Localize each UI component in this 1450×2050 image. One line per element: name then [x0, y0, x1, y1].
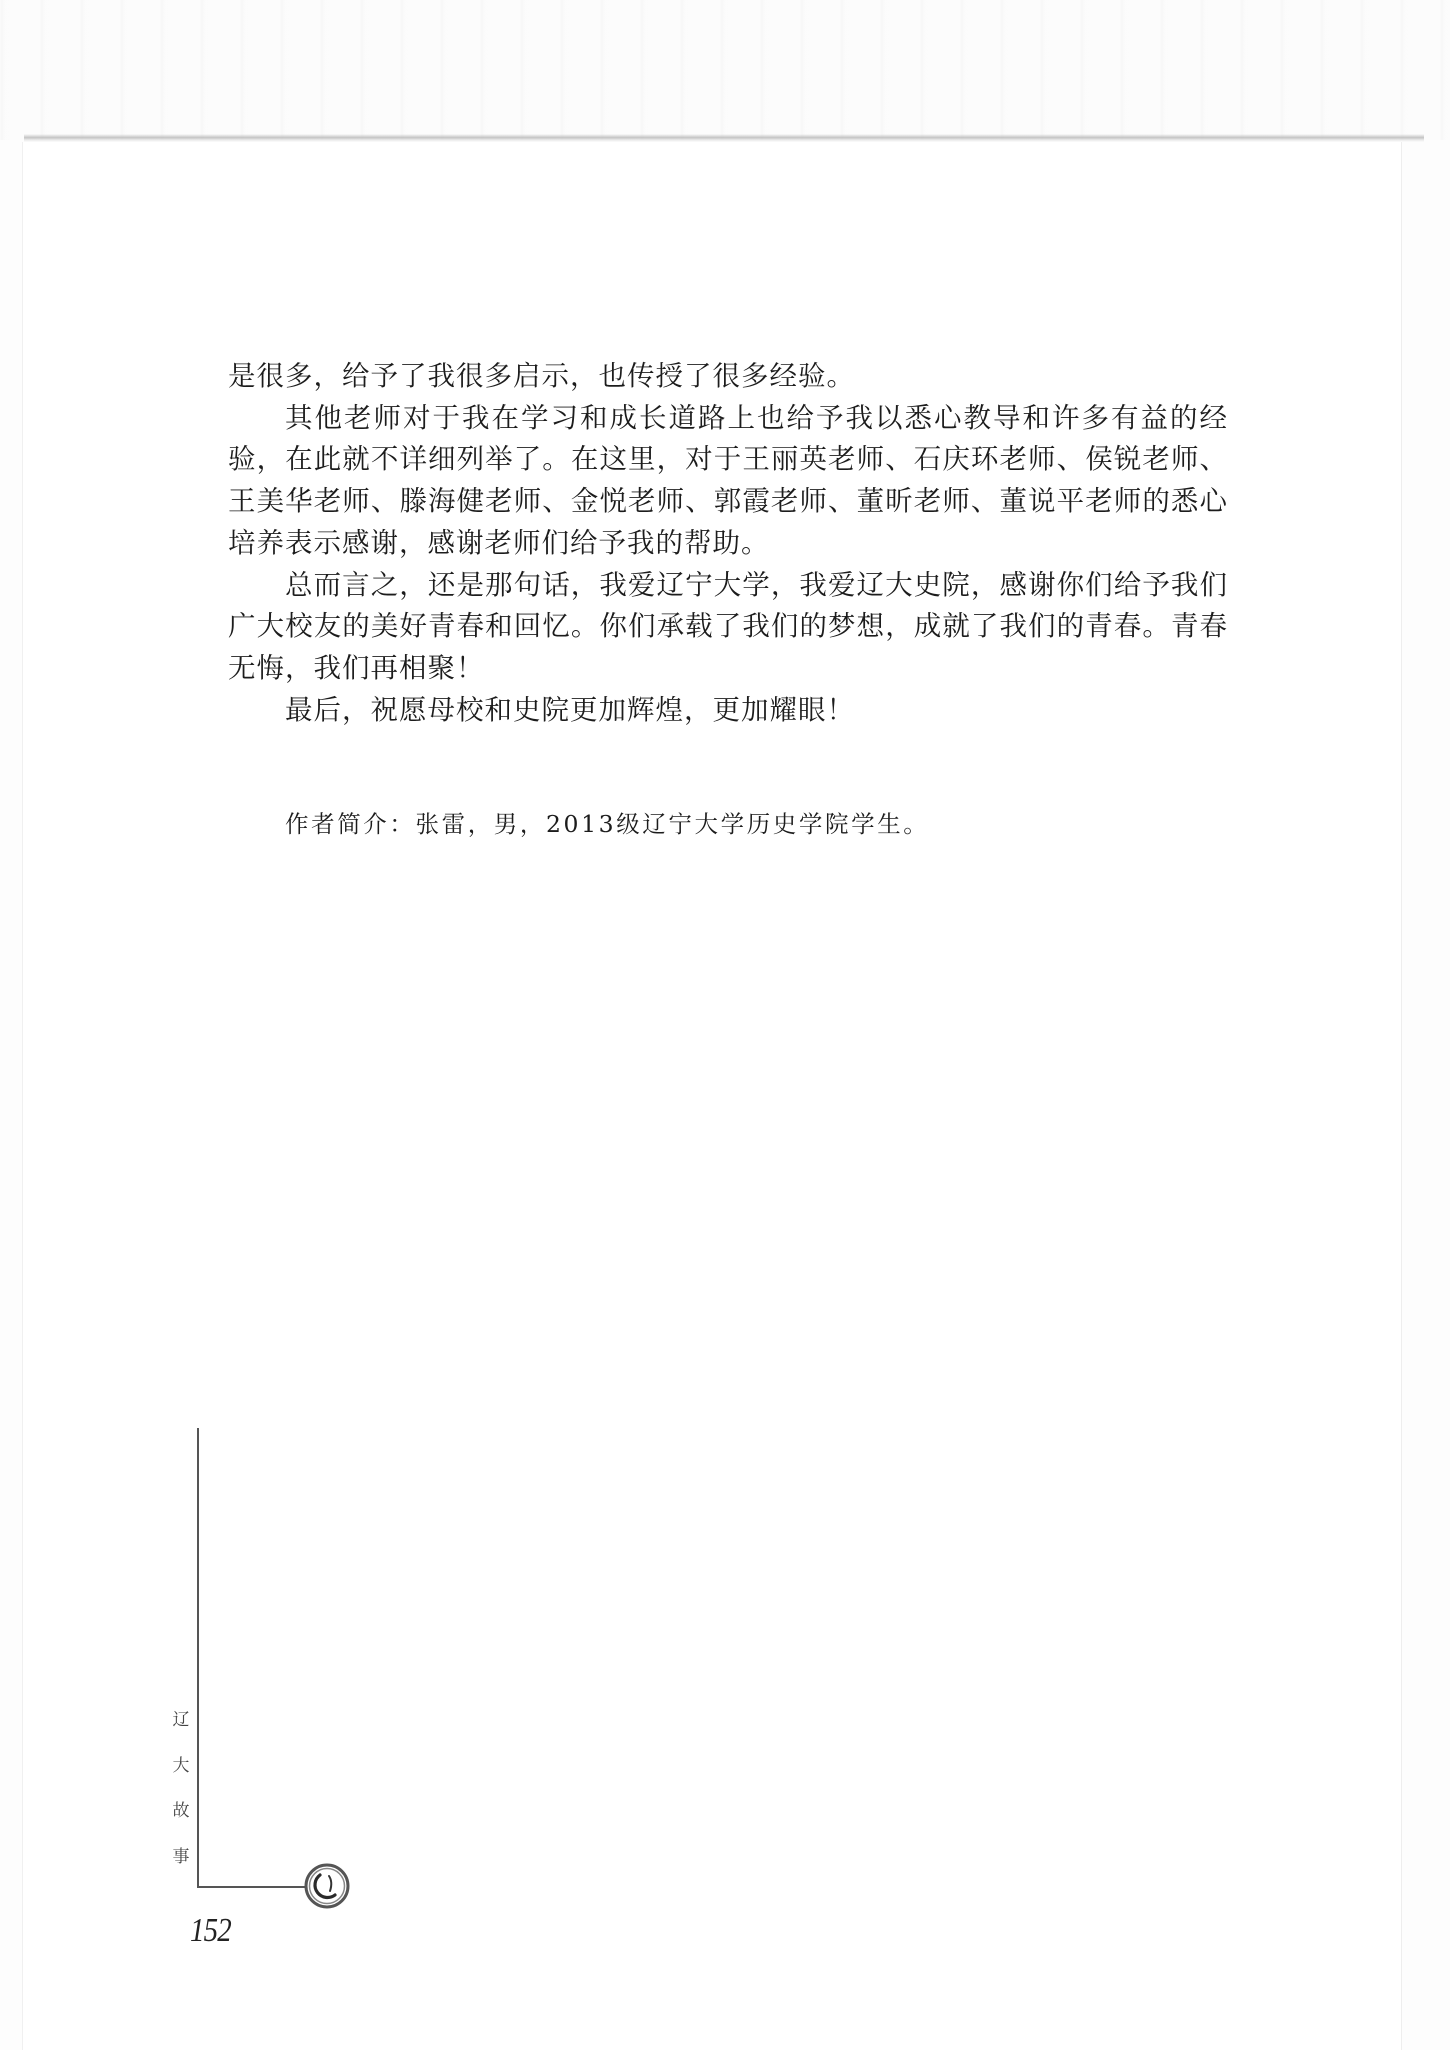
- text-line: 验，在此就不详细列举了。在这里，对于王丽英老师、石庆环老师、侯锐老: [228, 443, 1171, 475]
- paragraph-4: 最后，祝愿母校和史院更加辉煌，更加耀眼！: [228, 690, 1228, 732]
- body-text: 是很多，给予了我很多启示，也传授了很多经验。 其他老师对于我在学习和成长道路上也…: [228, 356, 1228, 731]
- text-line: 最后，祝愿母校和史院更加辉煌，更加耀眼！: [285, 694, 855, 726]
- margin-horizontal-rule: [197, 1886, 305, 1888]
- series-title-char: 事: [170, 1842, 192, 1888]
- margin-vertical-rule: [197, 1428, 199, 1887]
- paragraph-1: 是很多，给予了我很多启示，也传授了很多经验。: [228, 356, 1228, 398]
- series-title-vertical: 辽 大 故 事: [170, 1705, 192, 1887]
- series-title-char: 辽: [170, 1705, 192, 1751]
- text-line: 总而言之，还是那句话，我爱辽宁大学，我爱辽大史院，感谢你们给予我: [285, 569, 1200, 601]
- paragraph-3: 总而言之，还是那句话，我爱辽宁大学，我爱辽大史院，感谢你们给予我们广大校友的美好…: [228, 565, 1228, 690]
- paragraph-2: 其他老师对于我在学习和成长道路上也给予我以悉心教导和许多有益的经验，在此就不详细…: [228, 398, 1228, 565]
- series-title-char: 大: [170, 1751, 192, 1797]
- page-top-edge-shadow: [24, 134, 1424, 142]
- text-line: 其他老师对于我在学习和成长道路上也给予我以悉心教导和许多有益的经: [285, 402, 1228, 434]
- scan-bleed-through: [0, 0, 1450, 140]
- circular-emblem-icon: [303, 1862, 351, 1910]
- text-line: 是很多，给予了我很多启示，也传授了很多经验。: [228, 360, 855, 392]
- author-bio: 作者简介：张雷，男，2013级辽宁大学历史学院学生。: [285, 805, 929, 839]
- series-title-char: 故: [170, 1796, 192, 1842]
- page-number: 152: [190, 1912, 231, 1950]
